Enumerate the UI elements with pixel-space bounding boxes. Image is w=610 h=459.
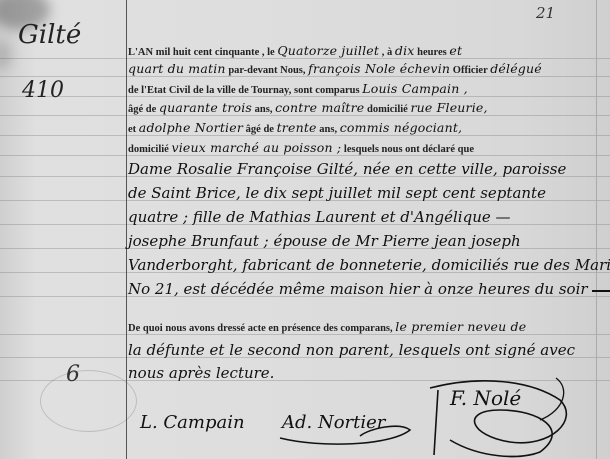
- printed-text: domicilié: [128, 144, 171, 155]
- printed-text: Officier: [450, 65, 490, 76]
- handwritten-text: le premier neveu de: [395, 319, 526, 334]
- record-line: domicilié vieux marché au poisson ; lesq…: [128, 141, 474, 157]
- handwritten-text: Dame Rosalie Françoise Gilté, née en cet…: [128, 160, 566, 178]
- record-line: quatre ; fille de Mathias Laurent et d'A…: [128, 210, 511, 226]
- handwritten-text: quarante trois: [159, 100, 252, 115]
- signature-campain: L. Campain: [140, 412, 245, 433]
- handwritten-text: contre maître: [275, 100, 364, 115]
- printed-text: et: [128, 124, 139, 135]
- record-line: quart du matin par-devant Nous, françois…: [128, 62, 542, 78]
- handwritten-text: françois Nole échevin: [308, 61, 450, 76]
- record-line: de Saint Brice, le dix sept juillet mil …: [128, 186, 546, 202]
- printed-text: heures: [415, 47, 450, 58]
- handwritten-text: et: [449, 43, 462, 58]
- handwritten-text: commis négociant,: [340, 120, 463, 135]
- handwritten-text: quatre ; fille de Mathias Laurent et d'A…: [128, 208, 511, 226]
- record-line: âgé de quarante trois ans, contre maître…: [128, 101, 488, 117]
- record-line: L'AN mil huit cent cinquante , le Quator…: [128, 44, 462, 60]
- record-line: josephe Brunfaut ; épouse de Mr Pierre j…: [128, 234, 521, 250]
- printed-text: de l'Etat Civil de la ville de Tournay, …: [128, 85, 362, 96]
- record-line: nous après lecture.: [128, 366, 274, 382]
- record-line: Dame Rosalie Françoise Gilté, née en cet…: [128, 162, 566, 178]
- handwritten-text: délégué: [490, 61, 542, 76]
- handwritten-text: rue Fleurie,: [410, 100, 487, 115]
- record-line: De quoi nous avons dressé acte en présen…: [128, 320, 526, 336]
- printed-text: âgé de: [243, 124, 277, 135]
- handwritten-text: No 21, est décédée même maison hier à on…: [128, 280, 588, 298]
- printed-text: ans,: [317, 124, 340, 135]
- handwritten-text: Quatorze juillet: [277, 43, 379, 58]
- margin-record-number: 410: [22, 78, 64, 103]
- printed-text: L'AN mil huit cent cinquante , le: [128, 47, 277, 58]
- signature-flourish: [420, 370, 590, 459]
- handwritten-text: Vanderborght, fabricant de bonneterie, d…: [128, 256, 610, 274]
- ink-stain: [0, 40, 12, 70]
- signature-flourish: [260, 400, 420, 450]
- record-line: de l'Etat Civil de la ville de Tournay, …: [128, 82, 468, 98]
- record-line: No 21, est décédée même maison hier à on…: [128, 282, 610, 298]
- handwritten-text: trente: [277, 120, 317, 135]
- right-rule: [596, 0, 597, 459]
- printed-text: lesquels nous ont déclaré que: [341, 144, 474, 155]
- handwritten-text: josephe Brunfaut ; épouse de Mr Pierre j…: [128, 232, 521, 250]
- handwritten-text: Louis Campain ,: [362, 81, 468, 96]
- handwritten-text: quart du matin: [128, 61, 226, 76]
- handwritten-text: vieux marché au poisson ;: [171, 140, 341, 155]
- page-number: 21: [536, 4, 555, 22]
- printed-text: âgé de: [128, 104, 159, 115]
- handwritten-text: la défunte et le second non parent, lesq…: [128, 341, 575, 359]
- handwritten-text: nous après lecture.: [128, 364, 274, 382]
- printed-text: , à: [379, 47, 395, 58]
- record-line: et adolphe Nortier âgé de trente ans, co…: [128, 121, 462, 137]
- faded-stamp: [40, 370, 137, 432]
- end-rule: [592, 290, 610, 292]
- scanned-register-page: 21 Gilté 410 6 L'AN mil huit cent cinqua…: [0, 0, 610, 459]
- margin-surname: Gilté: [18, 20, 81, 50]
- record-line: Vanderborght, fabricant de bonneterie, d…: [128, 258, 610, 274]
- printed-text: De quoi nous avons dressé acte en présen…: [128, 323, 395, 334]
- handwritten-text: dix: [395, 43, 415, 58]
- margin-mark: 6: [66, 362, 80, 387]
- printed-text: par-devant Nous,: [226, 65, 308, 76]
- printed-text: ans,: [252, 104, 275, 115]
- handwritten-text: de Saint Brice, le dix sept juillet mil …: [128, 184, 546, 202]
- handwritten-text: adolphe Nortier: [139, 120, 243, 135]
- printed-text: domicilié: [364, 104, 410, 115]
- record-line: la défunte et le second non parent, lesq…: [128, 343, 575, 359]
